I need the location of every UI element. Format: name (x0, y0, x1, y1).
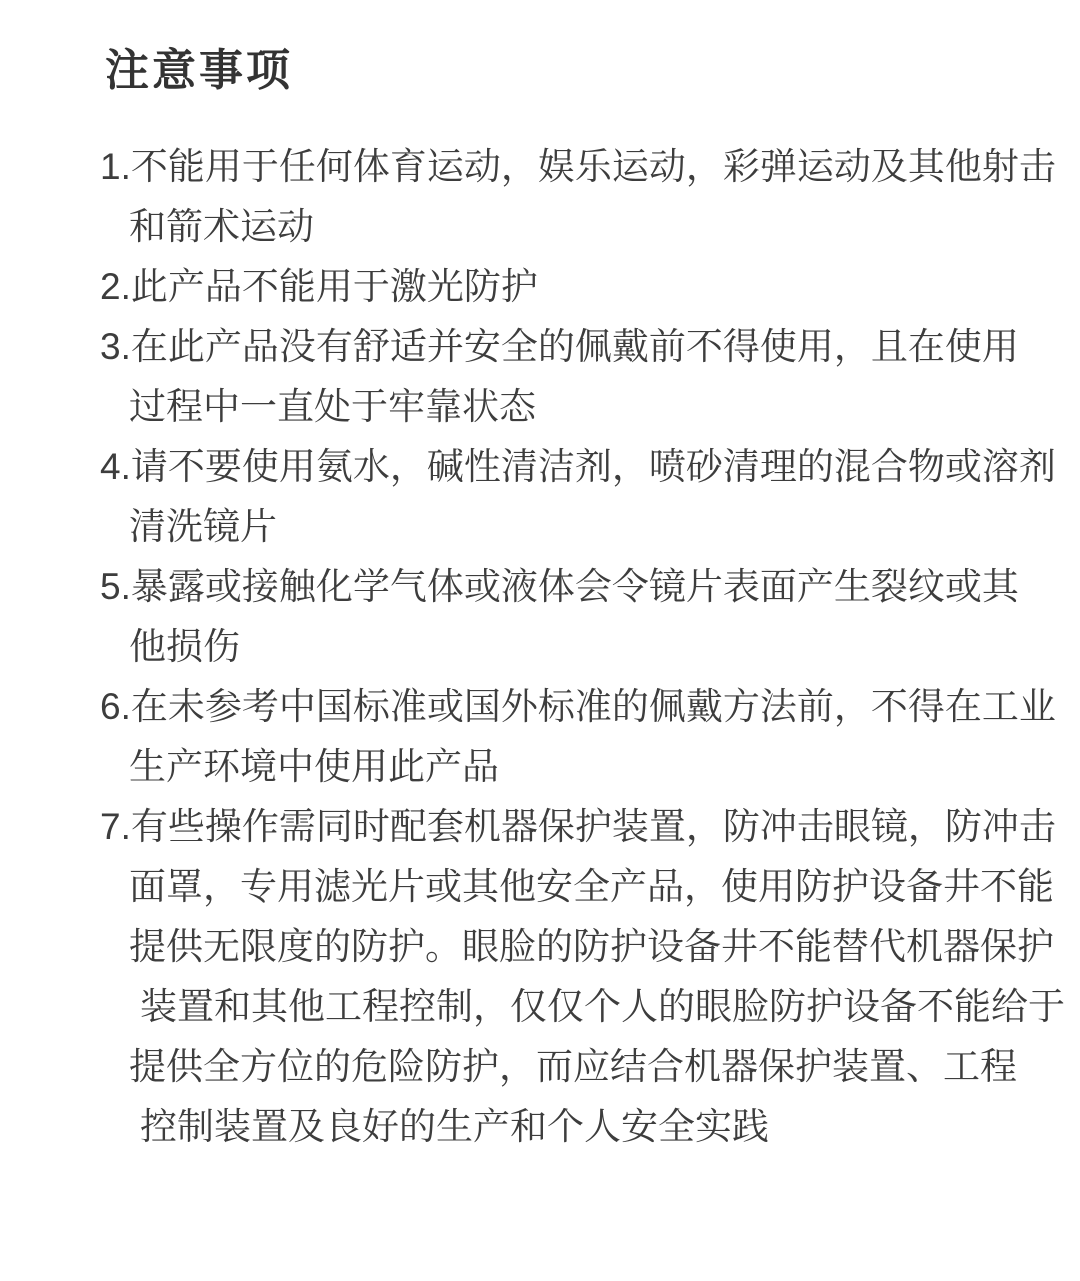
notice-item-6-line-2: 生产环境中使用此产品 (0, 737, 1080, 797)
notice-item-5-line-2: 他损伤 (0, 617, 1080, 677)
notice-item-7-line-6: 控制装置及良好的生产和个人安全实践 (0, 1097, 1080, 1157)
notice-item-5-line-1: 5.暴露或接触化学气体或液体会令镜片表面产生裂纹或其 (0, 557, 1080, 617)
notice-item-7-line-3: 提供无限度的防护。眼脸的防护设备井不能替代机器保护 (0, 917, 1080, 977)
notice-item-7-line-5: 提供全方位的危险防护，而应结合机器保护装置、工程 (0, 1037, 1080, 1097)
notice-item-3-line-2: 过程中一直处于牢靠状态 (0, 377, 1080, 437)
precautions-page: 注意事项 1.不能用于任何体育运动，娱乐运动，彩弹运动及其他射击 和箭术运动 2… (0, 0, 1080, 1281)
notice-item-6-line-1: 6.在未参考中国标准或国外标准的佩戴方法前，不得在工业 (0, 677, 1080, 737)
page-title: 注意事项 (0, 0, 1080, 97)
notice-item-4-line-2: 清洗镜片 (0, 497, 1080, 557)
notice-item-2-line-1: 2.此产品不能用于激光防护 (0, 257, 1080, 317)
notice-item-1-line-1: 1.不能用于任何体育运动，娱乐运动，彩弹运动及其他射击 (0, 137, 1080, 197)
precautions-list: 1.不能用于任何体育运动，娱乐运动，彩弹运动及其他射击 和箭术运动 2.此产品不… (0, 137, 1080, 1157)
notice-item-4-line-1: 4.请不要使用氨水，碱性清洁剂，喷砂清理的混合物或溶剂 (0, 437, 1080, 497)
notice-item-3-line-1: 3.在此产品没有舒适并安全的佩戴前不得使用，且在使用 (0, 317, 1080, 377)
notice-item-7-line-2: 面罩，专用滤光片或其他安全产品，使用防护设备井不能 (0, 857, 1080, 917)
notice-item-7-line-4: 装置和其他工程控制，仅仅个人的眼脸防护设备不能给于 (0, 977, 1080, 1037)
notice-item-1-line-2: 和箭术运动 (0, 197, 1080, 257)
notice-item-7-line-1: 7.有些操作需同时配套机器保护装置，防冲击眼镜，防冲击 (0, 797, 1080, 857)
